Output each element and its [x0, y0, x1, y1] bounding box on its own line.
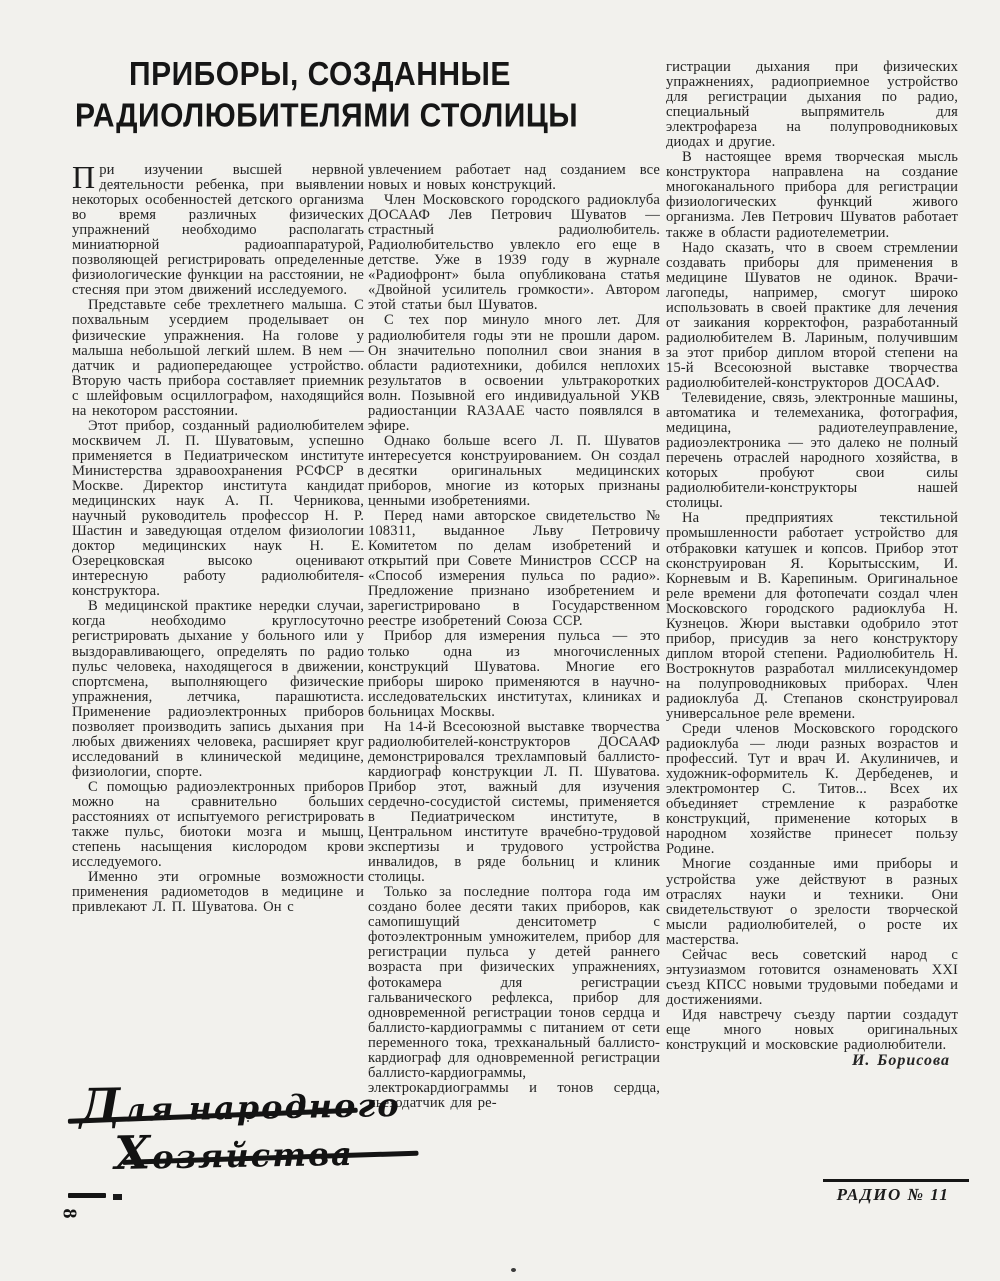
paragraph: В настоящее время творческая мысль конст…: [666, 150, 958, 240]
section-logo: Для народного Хозяйства: [79, 1073, 381, 1180]
paragraph: При изучении высшей нервной деятельности…: [72, 163, 364, 298]
paragraph: Член Московского городского радиоклуба Д…: [368, 193, 660, 313]
article-title: ПРИБОРЫ, СОЗДАННЫЕ РАДИОЛЮБИТЕЛЯМИ СТОЛИ…: [75, 54, 565, 138]
paragraph: Именно эти огромные возможности применен…: [72, 870, 364, 915]
paragraph: Только за последние полтора года им созд…: [368, 885, 660, 1111]
paragraph: В медицинской практике нередки случаи, к…: [72, 599, 364, 780]
paragraph: С помощью радиоэлектронных приборов можн…: [72, 780, 364, 870]
text-column-3: гистрации дыхания при физических упражне…: [666, 60, 958, 1068]
paragraph: Прибор для измерения пульса — это только…: [368, 629, 660, 719]
print-registration-mark: [113, 1194, 122, 1200]
paragraph: гистрации дыхания при физических упражне…: [666, 60, 958, 150]
paragraph: Среди членов Московского городского ради…: [666, 722, 958, 857]
section-logo-line2: Хозяйства: [114, 1121, 381, 1180]
scan-speck: [511, 1268, 516, 1272]
paragraph: Телевидение, связь, электронные машины, …: [666, 391, 958, 511]
text-column-2: увлечением работает над созданием все но…: [368, 163, 660, 1111]
paragraph: Этот прибор, созданный радиолюбителем мо…: [72, 419, 364, 600]
author-signature: И. Борисова: [666, 1053, 958, 1068]
paragraph: Многие созданные ими приборы и устройств…: [666, 857, 958, 947]
paragraph: Однако больше всего Л. П. Шуватов интере…: [368, 434, 660, 509]
paragraph: Надо сказать, что в своем стремлении соз…: [666, 241, 958, 391]
paragraph: Перед нами авторское свидетельство № 108…: [368, 509, 660, 629]
paragraph: Идя навстречу съезду партии создадут еще…: [666, 1008, 958, 1053]
paragraph: увлечением работает над созданием все но…: [368, 163, 660, 193]
article-title-line1: ПРИБОРЫ, СОЗДАННЫЕ: [75, 54, 565, 96]
paragraph: На предприятиях текстильной промышленнос…: [666, 511, 958, 722]
article-title-line2: РАДИОЛЮБИТЕЛЯМИ СТОЛИЦЫ: [75, 96, 565, 138]
paragraph: Сейчас весь советский народ с энтузиазмо…: [666, 948, 958, 1008]
paragraph: Представьте себе трехлетнего малыша. С п…: [72, 298, 364, 418]
journal-footer: РАДИО № 11: [818, 1185, 968, 1205]
scan-speck: [247, 1120, 249, 1122]
magazine-page: ПРИБОРЫ, СОЗДАННЫЕ РАДИОЛЮБИТЕЛЯМИ СТОЛИ…: [0, 0, 1000, 1281]
paragraph-text: ри изучении высшей нервной деятельности …: [72, 162, 364, 298]
page-number: 8: [58, 1209, 81, 1219]
text-column-1: При изучении высшей нервной деятельности…: [72, 163, 364, 915]
page-number-rule: [68, 1193, 106, 1198]
drop-cap: П: [72, 163, 99, 191]
paragraph: На 14-й Всесоюзной выставке творчества р…: [368, 720, 660, 886]
paragraph: С тех пор минуло много лет. Для радиолюб…: [368, 313, 660, 433]
footer-rule: [823, 1179, 969, 1182]
